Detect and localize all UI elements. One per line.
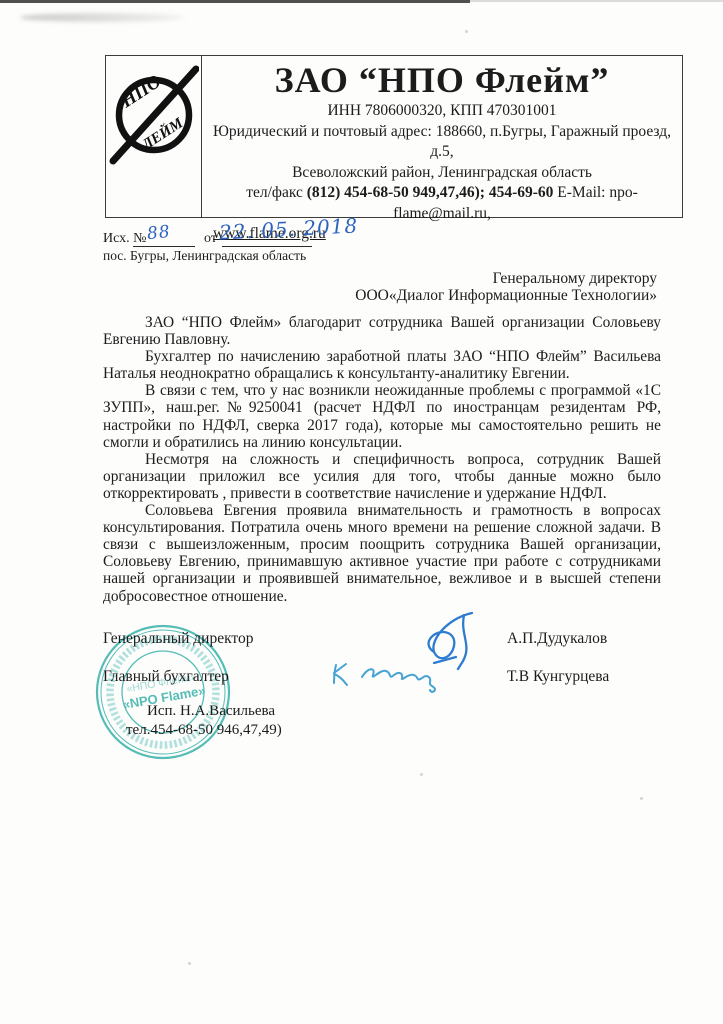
director-signature bbox=[429, 613, 472, 669]
phone-label: тел/факс bbox=[246, 184, 307, 201]
addressee-block: Генеральному директору ООО«Диалог Информ… bbox=[355, 271, 657, 305]
place-line: пос. Бугры, Ленинградская область bbox=[103, 248, 306, 264]
executor-phone: тел.454-68-50 946,47,49) bbox=[126, 722, 282, 739]
scan-smudge bbox=[20, 13, 185, 22]
body-paragraph: ЗАО “НПО Флейм» благодарит сотрудника Ва… bbox=[103, 314, 661, 348]
body-paragraph: Соловьева Евгения проявила внимательност… bbox=[103, 502, 661, 605]
executor-line: Исп. Н.А.Васильева bbox=[147, 703, 275, 720]
company-inn-kpp: ИНН 7806000320, КПП 470301001 bbox=[202, 101, 682, 122]
company-stamp: «НПО Флейм» «NPO Flame» bbox=[82, 611, 244, 773]
body-paragraph: Бухгалтер по начислению заработной платы… bbox=[103, 348, 661, 382]
addressee-line2: ООО«Диалог Информационные Технологии» bbox=[355, 288, 657, 305]
number-underline bbox=[133, 245, 195, 247]
body-paragraph: Несмотря на сложность и специфичность во… bbox=[103, 451, 661, 502]
director-name: А.П.Дудукалов bbox=[507, 630, 607, 648]
scan-speck bbox=[465, 30, 468, 33]
scan-edge-artifact bbox=[0, 0, 470, 3]
addressee-line1: Генеральному директору bbox=[355, 271, 657, 288]
company-name: ЗАО “НПО Флейм” bbox=[202, 59, 682, 101]
logo-cell: НПО ЛЕЙМ bbox=[106, 56, 202, 217]
accountant-name: Т.В Кунгурцева bbox=[507, 668, 609, 686]
phone-numbers: (812) 454-68-50 949,47,46); 454-69-60 bbox=[307, 184, 554, 201]
npo-flame-logo-icon: НПО ЛЕЙМ bbox=[109, 62, 199, 166]
body-paragraph: В связи с тем, что у нас возникли неожид… bbox=[103, 382, 661, 450]
company-address-line2: Всеволожский район, Ленинградская област… bbox=[202, 163, 682, 184]
scan-speck bbox=[640, 797, 643, 800]
letterhead-text: ЗАО “НПО Флейм” ИНН 7806000320, КПП 4703… bbox=[202, 56, 682, 217]
scan-speck bbox=[420, 773, 423, 776]
letter-body: ЗАО “НПО Флейм» благодарит сотрудника Ва… bbox=[103, 314, 661, 605]
company-address-line1: Юридический и почтовый адрес: 188660, п.… bbox=[202, 122, 682, 163]
date-underline bbox=[222, 245, 312, 247]
outgoing-number-value: 88 bbox=[146, 222, 172, 244]
scan-edge-artifact-light bbox=[470, 0, 723, 2]
signatures-ink bbox=[322, 603, 508, 695]
scan-speck bbox=[188, 962, 191, 965]
letterhead-box: НПО ЛЕЙМ ЗАО “НПО Флейм” ИНН 7806000320,… bbox=[105, 55, 683, 218]
date-label: от bbox=[204, 231, 217, 247]
scanned-letter-page: НПО ЛЕЙМ ЗАО “НПО Флейм” ИНН 7806000320,… bbox=[0, 0, 723, 1024]
accountant-signature bbox=[334, 664, 435, 692]
